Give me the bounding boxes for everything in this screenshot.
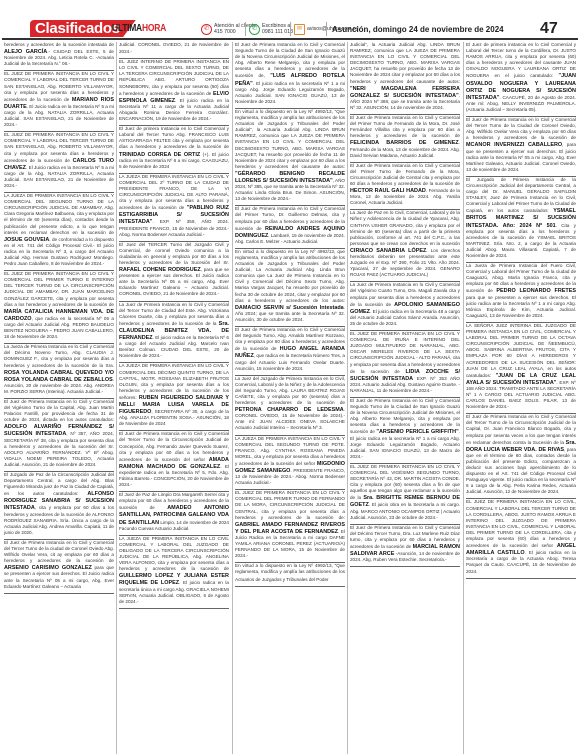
- legal-notice: La Jueza de Primera Instancia en lo Civi…: [4, 344, 114, 399]
- column-2: Judicial. CORONEL OVIEDO, 21 de Noviembr…: [117, 42, 232, 754]
- legal-notice: El Juez de Primera Instancia en lo Civil…: [466, 117, 576, 177]
- legal-notice: LA JUEZA DE PRIMERA INSTANCIA EN LO CIVI…: [235, 436, 345, 491]
- page-number: 47: [540, 20, 558, 38]
- notice-body: EL JUEZ DE PRIMERA INSTANCIA EN LO CIVIL…: [4, 272, 114, 307]
- page-header: Clasificados ULTIMAHORA ✆ Atención al cl…: [0, 0, 580, 38]
- deceased-name: FELICINDA BARRIOS DE GIMENEZ: [350, 140, 459, 146]
- notice-body: El Juez de Primera Instancia en lo Civil…: [466, 118, 576, 141]
- notice-body: EL JUEZ DE PRIMERA INSTANCIA EN LO CIVIL…: [235, 491, 345, 520]
- logo-hora: HORA: [142, 23, 166, 34]
- legal-notice: El Juez de Primera Instancia en lo Civil…: [235, 327, 345, 376]
- envelope-icon: ✉: [294, 24, 305, 35]
- legal-notice: El Juzgado de Paz de la Circunscripción …: [4, 472, 114, 540]
- legal-notice: El Juez de primera Instancia en lo Civil…: [119, 126, 229, 174]
- legal-notice: El Juez de Primera Instancia en lo Civil…: [350, 163, 460, 211]
- notice-body: El Juez de Primera Instancia en lo Civil…: [466, 415, 576, 445]
- legal-notice: En virtud a lo dispuesto en la Ley Nº 49…: [235, 563, 345, 586]
- notice-body: El Juez de Primera Instancia en lo Civil…: [350, 164, 460, 187]
- legal-notice: EL JUEZ DE PRIMERA INSTANCIA EN LO CIVIL…: [4, 271, 114, 344]
- legal-notice: LA JUEZA DE PRIMERA INSTANCIA EN LO CIVI…: [119, 536, 229, 609]
- deceased-name: JOSUE GOUVEIA: [4, 237, 49, 243]
- legal-notice: EL JUEZ DE PRIMERA INSTANCIA EN LO CIVIL…: [4, 71, 114, 132]
- legal-notice: La Jueza de Primera Instancia del Fuero …: [466, 263, 576, 323]
- legal-notice: El Juez de Primera Instancia en lo Civil…: [235, 42, 345, 109]
- notice-body: El Juez del TERCER Turno del Juzgado Civ…: [119, 243, 229, 266]
- legal-notice: LA JUEZA DE PRIMERA INSTANCIA EN LO CIVI…: [119, 174, 229, 242]
- legal-notice: El Juez de Primera Instancia en lo Civil…: [4, 399, 114, 472]
- notice-body: La Juez de Paz en lo Civil, Comercial, L…: [350, 211, 460, 246]
- header-rule: [2, 38, 578, 40]
- legal-notice: El Juez del TERCER Turno del Juzgado Civ…: [119, 242, 229, 302]
- divider: [245, 22, 246, 36]
- deceased-name: "GÉRARDO BENIGNO RECALDE LLORENS S/ SUCE…: [235, 171, 345, 184]
- notice-body: EL JUEZ DE PRIMERA INSTANCIA EN LO CIVIL…: [466, 500, 576, 549]
- newspaper-logo[interactable]: ULTIMAHORA: [112, 23, 166, 34]
- notice-body: LA JUEZA DE PRIMERA INSTANCIA EN LO CIVI…: [4, 194, 114, 236]
- legal-notice: El Juez de primera instancia en lo Civil…: [466, 42, 576, 117]
- notice-body: El Juez de Primera Instancia en lo Civil…: [4, 400, 114, 423]
- legal-notice: El Juez de Primera Instancia en lo Civil…: [466, 414, 576, 499]
- legal-notice: El Juez de Primera Instancia en lo Civil…: [235, 206, 345, 249]
- column-4: Judicial", la Actuaria Judicial Abg. LIN…: [348, 42, 463, 754]
- legal-notice: Judicial", la Actuaria Judicial Abg. LIN…: [350, 42, 460, 115]
- legal-notice: EL JUEZ DE PRIMERA INSTANCIA EN LO CIVIL…: [350, 464, 460, 525]
- legal-notice: El Juez de Primera Instancia en lo Civil…: [350, 525, 460, 568]
- classifieds-columns: herederos y acreedores de la sucesión in…: [2, 42, 578, 754]
- legal-notice: El Juez de Paz de Limpio Dra Margareth S…: [119, 492, 229, 536]
- legal-notice: La Juez de Primera Instancia en lo Civil…: [119, 302, 229, 364]
- legal-notice: LA SEÑORA JUEZ INTERINA DEL JUZGADO DE P…: [466, 323, 576, 414]
- deceased-name: TRINIDAD CORREA DE ORTIZ: [119, 152, 200, 158]
- legal-notice: La Juez del Juzgado de Primera Instancia…: [235, 376, 345, 436]
- deceased-name: "ARSENIO PERICLE GRIFFITH": [377, 429, 459, 435]
- deceased-name: PETRONA CHAPARRO DE LEDESMA: [235, 407, 344, 413]
- notice-body: La Juez de Primera Instancia en lo Civil…: [119, 303, 229, 327]
- legal-notice: EL JUEZ INTERINO DE PRIMERA INSTANCIA EN…: [119, 59, 229, 126]
- notice-body: El Juez de primera Instancia en lo Civil…: [119, 127, 229, 150]
- divider: [290, 22, 291, 36]
- legal-notice: El Juez de Primera Instancia en lo Civil…: [350, 398, 460, 464]
- whatsapp-number[interactable]: 0981 111 013: [262, 29, 293, 35]
- legal-notice: El Juzgado de Primera Instancia de la Ci…: [466, 177, 576, 263]
- divider: [326, 22, 327, 36]
- deceased-name: CIRIACO SANABRIA LÓPEZ: [350, 248, 426, 254]
- legal-notice: El Juez de Primera Instancia en lo Civil…: [350, 115, 460, 163]
- notice-body: En virtud a lo dispuesto en la Ley Nº 49…: [235, 250, 345, 304]
- legal-notice: LA JUEZA DE PRIMERA INSTANCIA EN LO CIVI…: [119, 363, 229, 431]
- column-3: El Juez de Primera Instancia en lo Civil…: [233, 42, 348, 754]
- whatsapp-contact: ✆ Escribinos al0981 111 013: [249, 21, 293, 37]
- notice-closing: , Nº 357, AÑO 2024, SECRETARÍA Nº 38, ci…: [4, 432, 114, 467]
- legal-notice: EL JUEZ DE PRIMERA INSTANCIA EN LO CIVIL…: [235, 490, 345, 563]
- deceased-name: MCANOR INVERNIZZI CABALLERO: [466, 142, 562, 148]
- column-5: El Juez de primera instancia en lo Civil…: [464, 42, 578, 754]
- phone-icon: ✆: [201, 24, 212, 35]
- deceased-name: PEDRO LEONARDO FRETES: [496, 288, 576, 294]
- legal-notice: LA JUEZA DE PRIMERA INSTANCIA EN LO CIVI…: [4, 193, 114, 271]
- notice-body: El Juez de Primera Instancia en lo Civil…: [350, 116, 460, 139]
- notice-body: En virtud a lo dispuesto en la Ley Nº 49…: [235, 564, 345, 582]
- deceased-name: GABRIEL AMADO FERNANDEZ RIVEROS Y DEL PI…: [235, 522, 345, 535]
- notice-body: LA JUEZA DE PRIMERA INSTANCIA EN LO CIVI…: [119, 537, 229, 572]
- notice-body: LA SEÑORA JUEZ INTERINA DEL JUZGADO DE P…: [466, 324, 576, 379]
- deceased-name: DAMACIO SERVIN s/ Sucesión Intestada: [235, 305, 344, 311]
- whatsapp-icon: ✆: [249, 24, 260, 35]
- legal-notice: En virtud a lo dispuesto en la Ley Nº 49…: [235, 249, 345, 327]
- column-1: herederos y acreedores de la sucesión in…: [2, 42, 117, 754]
- legal-notice: EL JUEZ DE PRIMERA INSTANCIA EN LO CIVIL…: [4, 132, 114, 193]
- deceased-name: ARSENIO CARISIMO GONZALEZ: [4, 565, 92, 571]
- legal-notice: La Juez de Primera Instancia en lo Civil…: [350, 282, 460, 331]
- notice-closing: . Cita y emplaza por sesenta días a los …: [466, 224, 576, 259]
- notice-body: El Juez de Primera Instancia en lo Civil…: [4, 541, 114, 564]
- notice-body: En virtud a lo dispuesto en la Ley Nº 49…: [235, 110, 345, 170]
- deceased-name: ROSA YOLANDA CABRAL QUEVEDO Y/O ROSA YOL…: [4, 370, 114, 383]
- legal-notice: El Juez de Primera Instancia en lo Civil…: [4, 540, 114, 594]
- legal-notice: Judicial. CORONEL OVIEDO, 21 de Noviembr…: [119, 42, 229, 59]
- notice-closing: , para que en el término de 60 días, con…: [466, 448, 576, 496]
- legal-notice: EL JUEZ DE PRIMERA INSTANCIA EN LO CIVIL…: [466, 499, 576, 578]
- notice-body: Judicial. CORONEL OVIEDO, 21 de Noviembr…: [119, 43, 229, 55]
- legal-notice: El Juez de Primera Instancia en lo Civil…: [119, 431, 229, 492]
- legal-notice: herederos y acreedores de la sucesión in…: [4, 42, 114, 71]
- legal-notice: EL JUEZ DE PRIMERA INSTANCIA EN LO CIVIL…: [350, 331, 460, 398]
- legal-notice: En virtud a lo dispuesto en la Ley Nº 49…: [235, 109, 345, 206]
- logo-ultima: ULTIMA: [112, 23, 142, 34]
- issue-date: Asunción, domingo 24 de noviembre de 202…: [332, 25, 504, 34]
- notice-body: La Jueza de Primera Instancia en lo Civi…: [4, 345, 114, 368]
- deceased-name: HECTOR RAUL GALI HADAD: [350, 188, 426, 194]
- deceased-name: RAFAEL COHENE RODRIGUEZ: [119, 267, 201, 273]
- notice-closing: para que se presenten a ejercer sus dere…: [466, 296, 576, 319]
- deceased-name: ALEJO GARCÍA: [4, 49, 47, 55]
- deceased-name: "NERI MAGDALENA FERREIRA GONZALEZ S/ SUC…: [350, 86, 460, 99]
- legal-notice: La Juez de Paz en lo Civil, Comercial, L…: [350, 210, 460, 282]
- notice-body: La Juez del Juzgado de Primera Instancia…: [235, 377, 345, 406]
- notice-body: Judicial", la Actuaria Judicial Abg. LIN…: [350, 43, 460, 85]
- notice-body: herederos y acreedores de la sucesión in…: [4, 43, 114, 48]
